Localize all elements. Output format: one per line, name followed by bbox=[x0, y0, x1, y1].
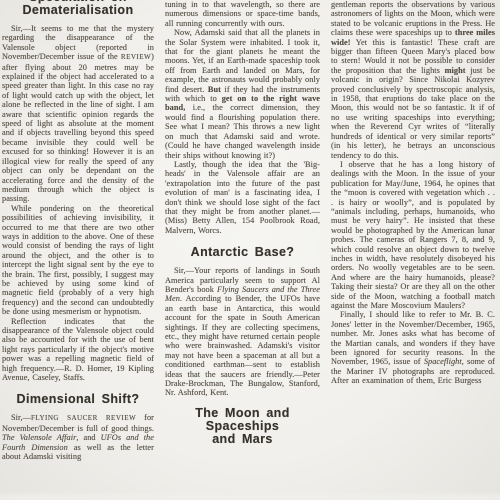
heading-line: Antarctic Base? bbox=[165, 246, 320, 259]
text-segment: tuning in to that wavelength, so there a… bbox=[165, 0, 320, 28]
text-segment: Spaceflight bbox=[424, 357, 462, 366]
heading-line: The Moon and Spaceships bbox=[165, 407, 320, 433]
paragraph: gentleman reports the observations by va… bbox=[331, 0, 495, 160]
paragraph: Now, Adamski said that all the planets i… bbox=[165, 28, 320, 160]
section-heading: The Moon and Spaceshipsand Mars bbox=[165, 407, 320, 446]
text-segment: But bbox=[208, 85, 221, 94]
heading-line: Dematerialisation bbox=[2, 4, 154, 17]
text-column-2: tuning in to that wavelength, so there a… bbox=[165, 0, 320, 451]
paragraph: Finally, I should like to refer to Mr. B… bbox=[331, 310, 495, 385]
paragraph: I observe that he has a long history of … bbox=[331, 160, 495, 311]
text-segment: Reflection indicates that the disappeara… bbox=[2, 317, 154, 382]
text-segment: FLYING SAUCER REVIEW bbox=[31, 414, 136, 422]
paragraph: Sir,—It seems to me that the mystery reg… bbox=[2, 24, 154, 204]
text-column-1: Speculation onDematerialisationSir,—It s… bbox=[2, 0, 154, 461]
heading-line: Dimensional Shift? bbox=[2, 393, 154, 406]
paragraph: Reflection indicates that the disappeara… bbox=[2, 317, 154, 383]
bottom-fade bbox=[0, 491, 500, 500]
paragraph: Sir,—FLYING SAUCER REVIEW for November/D… bbox=[2, 413, 154, 461]
text-segment: , and bbox=[76, 433, 100, 442]
text-segment: REVIEW bbox=[121, 53, 151, 61]
section-heading: Speculation onDematerialisation bbox=[2, 0, 154, 17]
section-heading: Antarctic Base? bbox=[165, 246, 320, 259]
paragraph: Sir,—Your reports of landings in South A… bbox=[165, 266, 320, 398]
text-segment: ) after flying about 20 metres may be ex… bbox=[2, 52, 154, 203]
text-segment: The Valensole Affair bbox=[2, 433, 76, 442]
section-heading: Dimensional Shift? bbox=[2, 393, 154, 406]
text-segment: might bbox=[445, 66, 466, 75]
text-segment: . According to Bender, the UFOs have an … bbox=[165, 294, 320, 397]
text-segment: Sir,— bbox=[11, 413, 31, 422]
paragraph: tuning in to that wavelength, so there a… bbox=[165, 0, 320, 28]
text-segment: i.e., the correct dimension, they would … bbox=[165, 103, 320, 159]
paragraph: While pondering on the theoretical possi… bbox=[2, 204, 154, 317]
paragraph: Lastly, though the idea that the 'Big-he… bbox=[165, 160, 320, 235]
text-column-3: gentleman reports the observations by va… bbox=[331, 0, 495, 386]
text-segment: just be volcanic in origin? Since Nikola… bbox=[331, 66, 495, 160]
heading-line: and Mars bbox=[165, 433, 320, 446]
scanned-letters-page: Speculation onDematerialisationSir,—It s… bbox=[0, 0, 500, 500]
columns-container: Speculation onDematerialisationSir,—It s… bbox=[2, 0, 495, 461]
text-segment: Lastly, though the idea that the 'Big-he… bbox=[165, 160, 320, 235]
text-segment: While pondering on the theoretical possi… bbox=[2, 204, 154, 316]
text-segment: I observe that he has a long history of … bbox=[331, 160, 495, 310]
